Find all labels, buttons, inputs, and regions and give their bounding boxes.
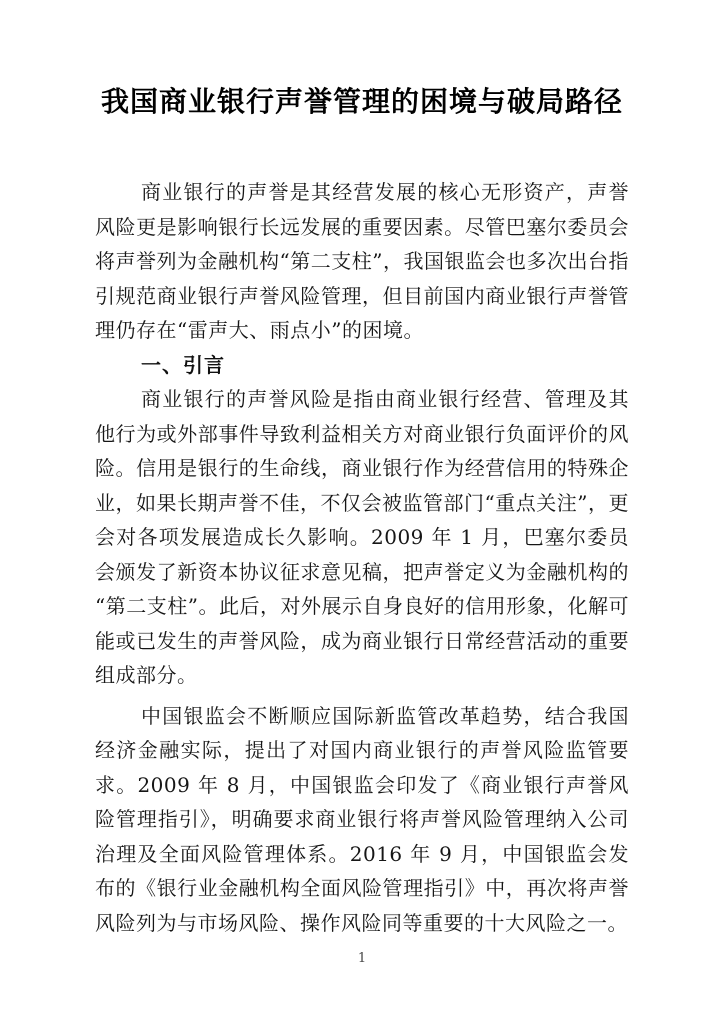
section-paragraph-2: 中国银监会不断顺应国际新监管改革趋势，结合我国经济金融实际，提出了对国内商业银行… — [95, 699, 629, 941]
section-heading-introduction: 一、引言 — [95, 348, 629, 383]
document-content: 我国商业银行声誉管理的困境与破局路径 商业银行的声誉是其经营发展的核心无形资产，… — [0, 0, 724, 940]
document-title: 我国商业银行声誉管理的困境与破局路径 — [95, 82, 629, 122]
intro-paragraph: 商业银行的声誉是其经营发展的核心无形资产，声誉风险更是影响银行长远发展的重要因素… — [95, 175, 629, 348]
section-paragraph-1: 商业银行的声誉风险是指由商业银行经营、管理及其他行为或外部事件导致利益相关方对商… — [95, 382, 629, 693]
document-page: 我国商业银行声誉管理的困境与破局路径 商业银行的声誉是其经营发展的核心无形资产，… — [0, 0, 724, 1024]
page-number: 1 — [0, 951, 724, 966]
